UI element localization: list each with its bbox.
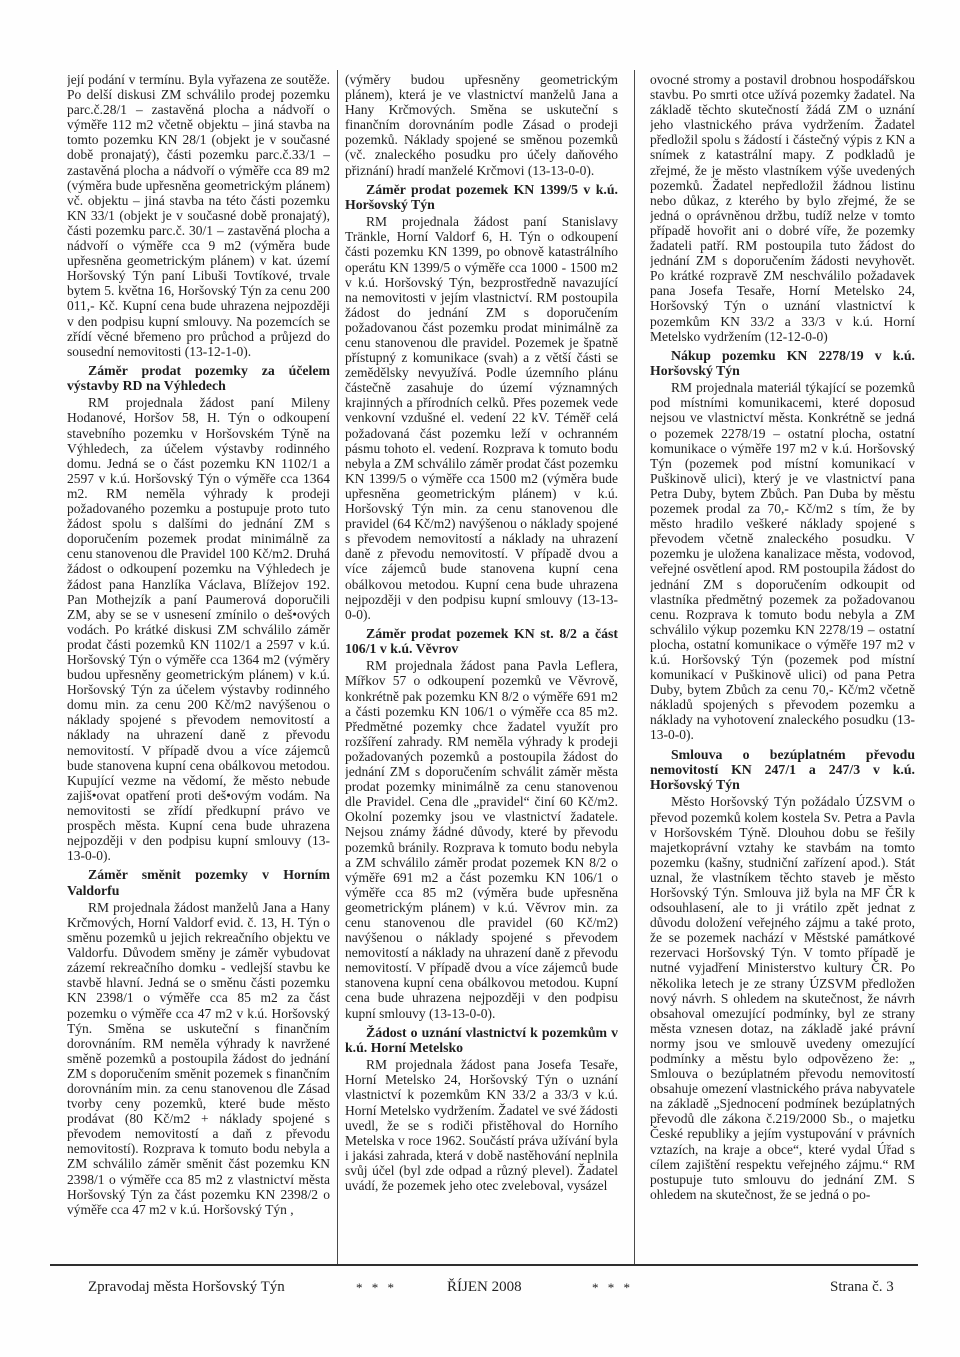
column-divider <box>634 70 635 1264</box>
paragraph: RM projednala materiál týkající se pozem… <box>650 380 915 742</box>
footer-separator: * * * <box>592 1278 633 1298</box>
paragraph: její podání v termínu. Byla vyřazena ze … <box>67 72 330 359</box>
footer-divider <box>50 1264 918 1266</box>
section-heading: Smlouva o bezúplatném převodu nemovitost… <box>650 747 915 793</box>
section-heading: Záměr prodat pozemek KN 1399/5 v k.ú. Ho… <box>345 182 618 213</box>
paragraph: RM projednala žádost pana Pavla Leflera,… <box>345 658 618 1020</box>
footer-separator: * * * <box>356 1278 397 1298</box>
paragraph: Město Horšovský Týn požádalo ÚZSVM o pře… <box>650 794 915 1202</box>
section-heading: Záměr prodat pozemek KN st. 8/2 a část 1… <box>345 626 618 657</box>
page-footer: Zpravodaj města Horšovský Týn * * * ŘÍJE… <box>0 1277 960 1303</box>
footer-publication-title: Zpravodaj města Horšovský Týn <box>88 1277 285 1297</box>
paragraph: RM projednala žádost pana Josefa Tesaře,… <box>345 1057 618 1193</box>
paragraph: RM projednala žádost paní Stanislavy Trä… <box>345 214 618 622</box>
paragraph: RM projednala žádost manželů Jana a Hany… <box>67 900 330 1217</box>
footer-page-number: Strana č. 3 <box>830 1277 894 1297</box>
column-divider <box>337 70 338 1264</box>
text-column-1: její podání v termínu. Byla vyřazena ze … <box>67 72 330 1264</box>
text-column-3: ovocné stromy a postavil drobnou hospodá… <box>650 72 915 1264</box>
section-heading: Žádost o uznání vlastnictví k pozemkům v… <box>345 1025 618 1056</box>
paragraph: ovocné stromy a postavil drobnou hospodá… <box>650 72 915 344</box>
newsletter-page: její podání v termínu. Byla vyřazena ze … <box>0 0 960 1357</box>
paragraph: RM projednala žádost paní Mileny Hodanov… <box>67 395 330 863</box>
section-heading: Záměr prodat pozemky za účelem výstavby … <box>67 363 330 394</box>
section-heading: Nákup pozemku KN 2278/19 v k.ú. Horšovsk… <box>650 348 915 379</box>
footer-issue-date: ŘÍJEN 2008 <box>447 1277 522 1297</box>
section-heading: Záměr směnit pozemky v Horním Valdorfu <box>67 867 330 898</box>
paragraph: (výměry budou upřesněny geometrickým plá… <box>345 72 618 178</box>
text-column-2: (výměry budou upřesněny geometrickým plá… <box>345 72 618 1264</box>
